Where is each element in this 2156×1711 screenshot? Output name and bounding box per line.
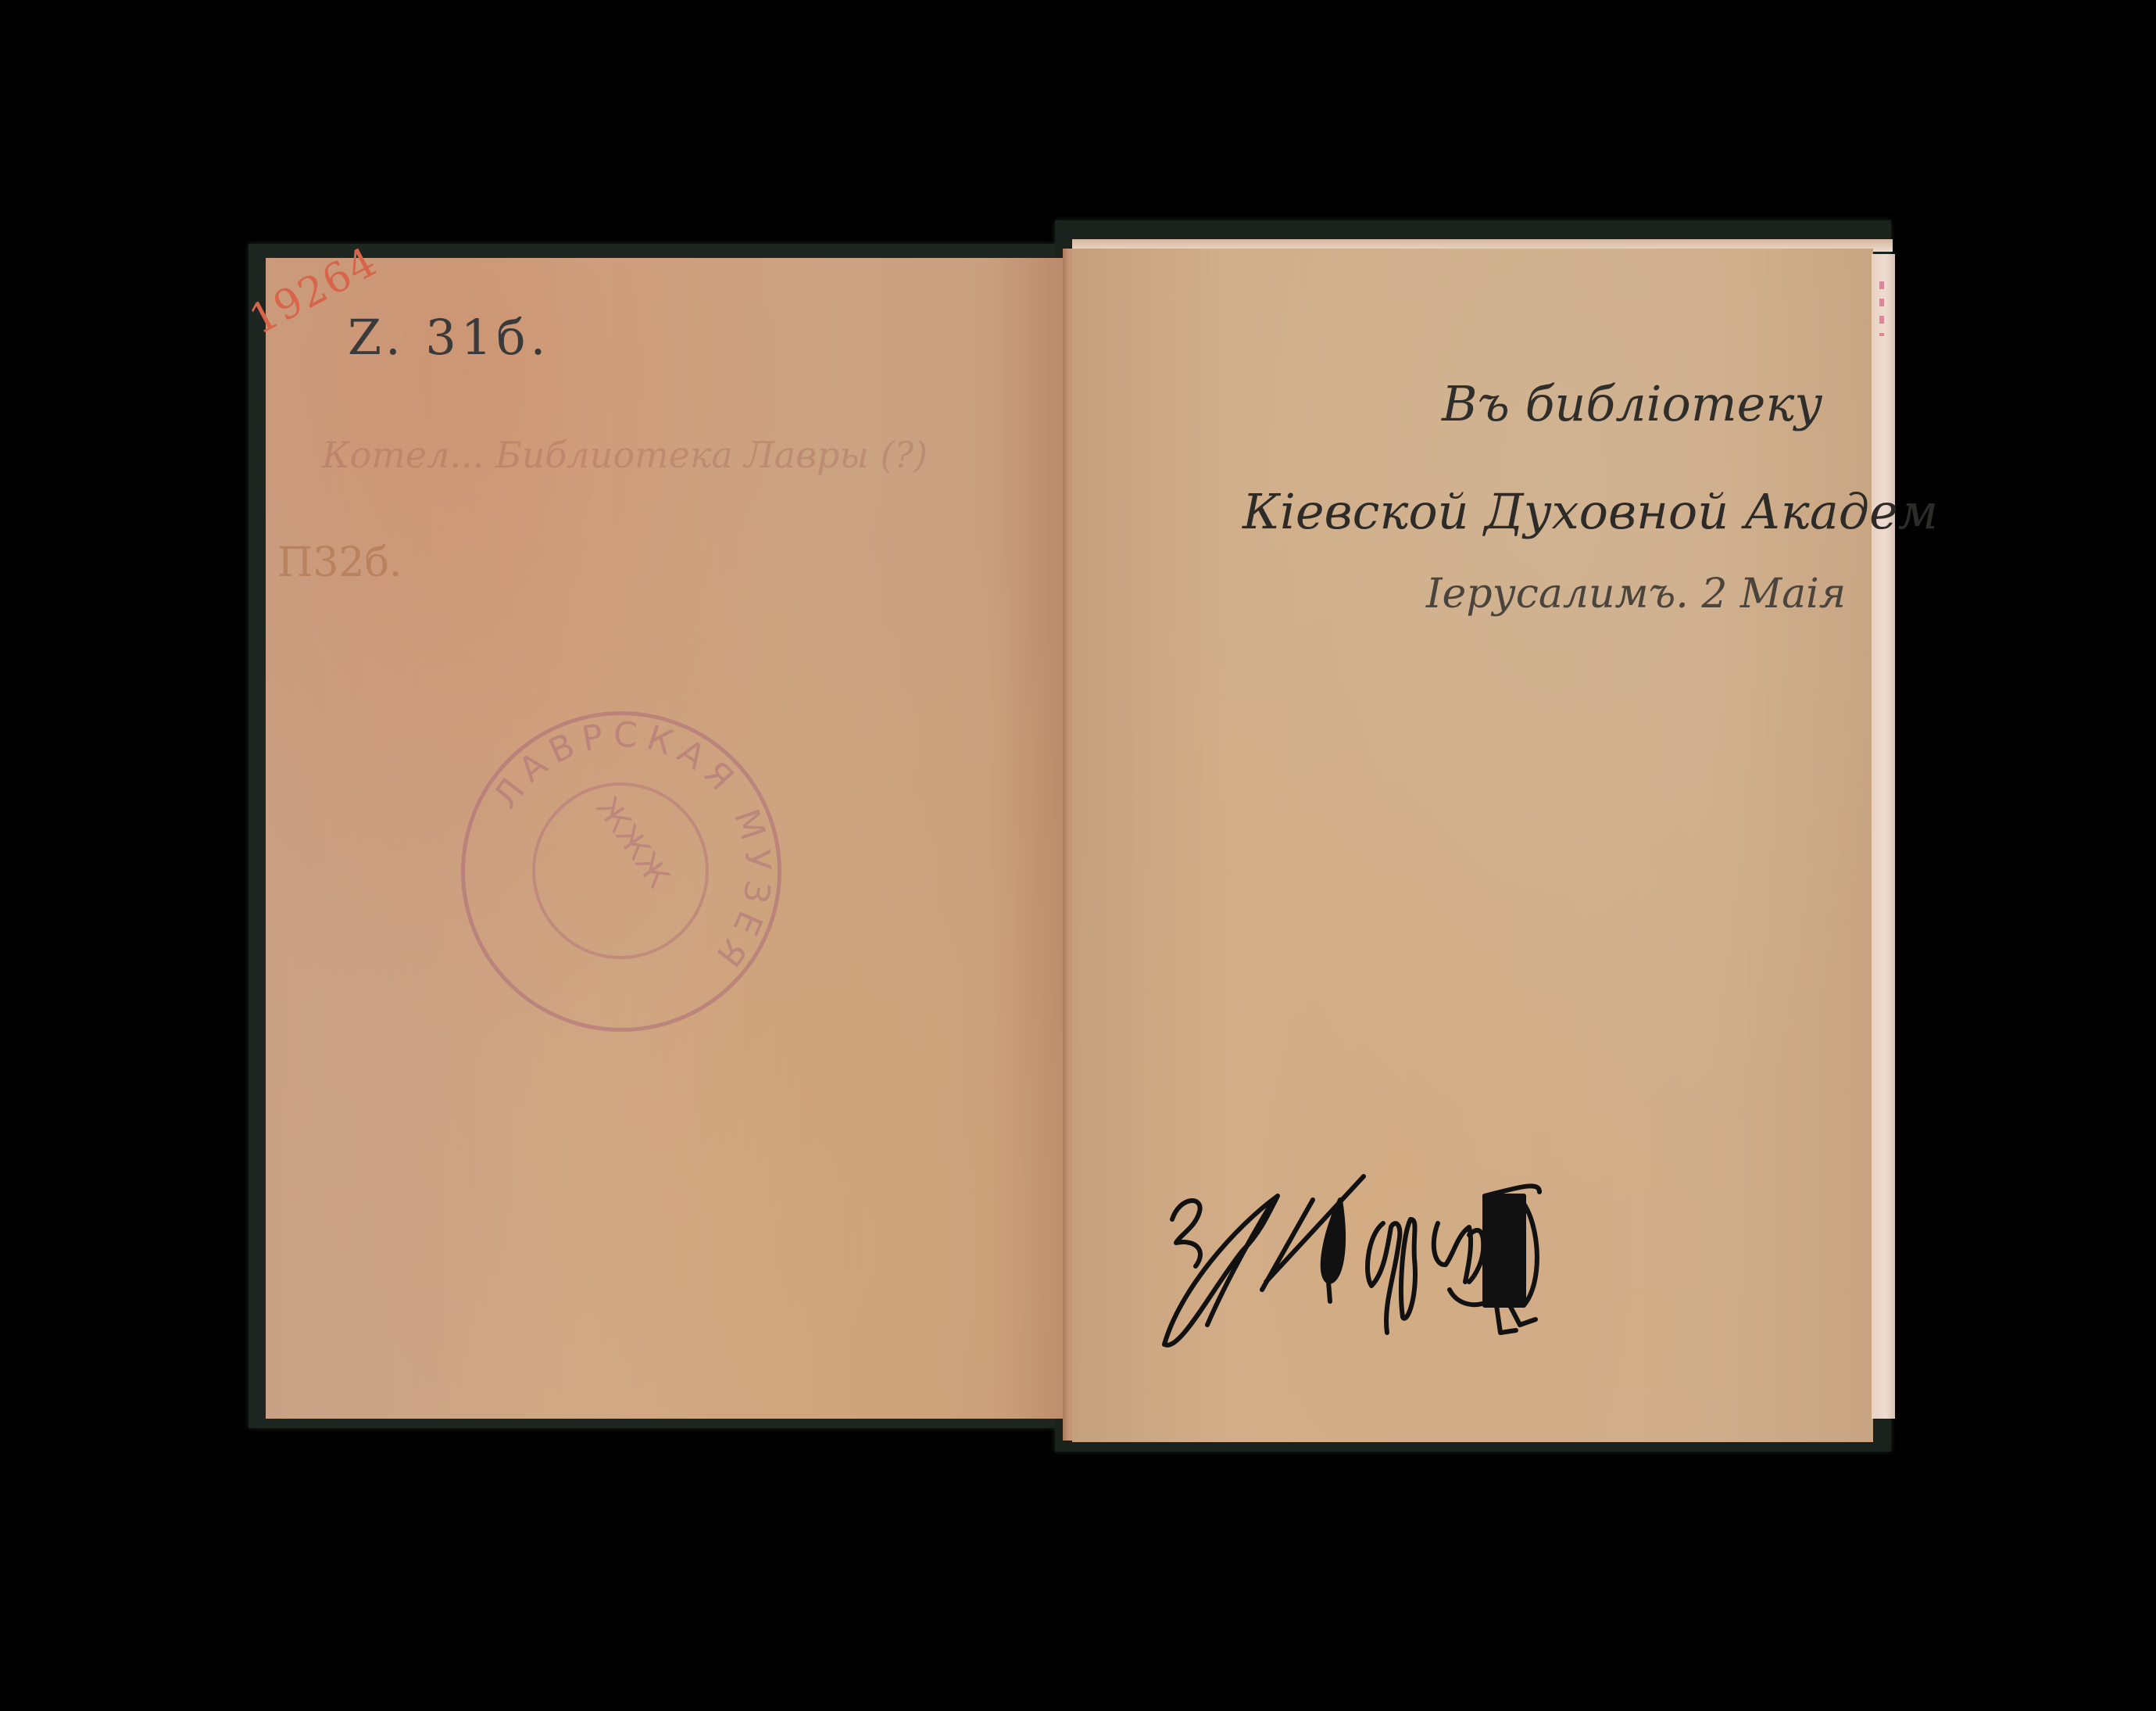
handwritten-signature (1149, 1165, 1743, 1360)
inscription-line-3: Іерусалимъ. 2 Маія (1426, 571, 1846, 617)
faint-shelf-mark: П32б. (277, 539, 402, 586)
library-stamp: ЛАВРСКАЯ МУЗЕЯ ЖЖЖ (461, 711, 781, 1032)
stamp-ring-text: ЛАВРСКАЯ МУЗЕЯ (465, 715, 778, 1028)
pencil-shelfmark: Z. 31б. (348, 309, 550, 366)
open-book: 19264 Z. 31б. Котел... Библиотека Лавры … (0, 0, 2156, 1711)
faint-handwritten-line: Котел... Библиотека Лавры (?) (322, 434, 928, 476)
inscription-line-2: Кіевской Духовной Академ (1242, 483, 1938, 540)
inscription-line-1: Въ библіотеку (1442, 375, 1822, 432)
page-block-fore-edge (1872, 254, 1895, 1419)
fore-edge-pink-marks (1879, 281, 1884, 336)
